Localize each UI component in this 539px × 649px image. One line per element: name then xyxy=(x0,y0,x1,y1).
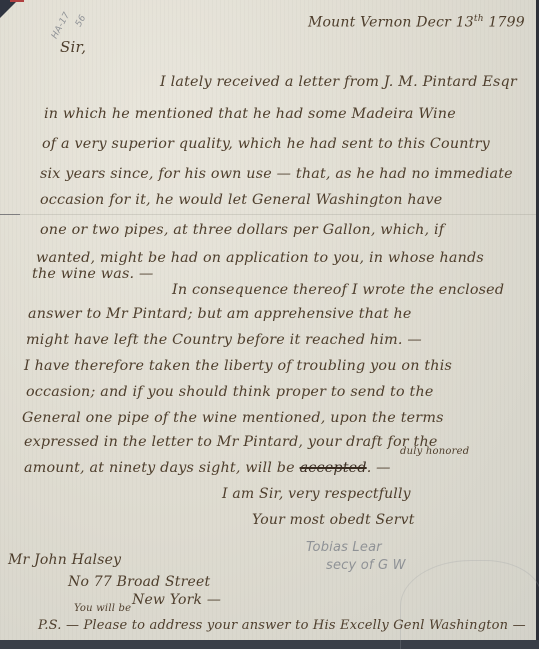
paper-watermark xyxy=(400,560,539,649)
body-line: I have therefore taken the liberty of tr… xyxy=(24,358,452,374)
line-end: . — xyxy=(367,460,391,476)
dateline-day-suffix: th xyxy=(474,14,484,24)
body-line: expressed in the letter to Mr Pintard, y… xyxy=(24,434,438,450)
postscript: P.S. — Please to address your answer to … xyxy=(38,618,526,633)
recipient-name: Mr John Halsey xyxy=(8,552,121,568)
body-line: might have left the Country before it re… xyxy=(26,332,422,348)
body-line: six years since, for his own use — that,… xyxy=(40,166,513,182)
interlined-correction: duly honored xyxy=(400,446,469,457)
pencil-annotation-role: secy of G W xyxy=(326,558,406,573)
body-line: the wine was. — xyxy=(32,266,153,282)
recipient-city: New York — xyxy=(132,592,221,608)
body-line: in which he mentioned that he had some M… xyxy=(44,106,456,122)
seal-trace xyxy=(10,0,24,2)
closing-subscription: Your most obedt Servt xyxy=(252,512,415,528)
pencil-annotation-name: Tobias Lear xyxy=(306,540,382,555)
dateline-year: 1799 xyxy=(488,15,524,31)
dateline-day: 13 xyxy=(456,15,474,31)
dateline: Mount Vernon Decr 13th 1799 xyxy=(308,14,525,31)
body-line: occasion; and if you should think proper… xyxy=(26,384,434,400)
dateline-place: Mount Vernon xyxy=(308,15,412,31)
salutation: Sir, xyxy=(60,38,86,56)
archive-mark: HA-17 xyxy=(50,11,72,41)
struck-word: accepted xyxy=(300,460,367,476)
body-line: one or two pipes, at three dollars per G… xyxy=(40,222,444,238)
body-line: wanted, might be had on application to y… xyxy=(36,250,484,266)
torn-corner xyxy=(0,0,18,18)
letter-page: HA-17 56 Mount Vernon Decr 13th 1799 Sir… xyxy=(0,0,539,640)
body-line: In consequence thereof I wrote the enclo… xyxy=(172,282,504,298)
fold-crease xyxy=(0,214,536,215)
body-line: of a very superior quality, which he had… xyxy=(42,136,490,152)
recipient-street: No 77 Broad Street xyxy=(68,574,210,590)
body-line: answer to Mr Pintard; but am apprehensiv… xyxy=(28,306,412,322)
body-line-text: amount, at ninety days sight, will be xyxy=(24,460,295,476)
body-line: I lately received a letter from J. M. Pi… xyxy=(160,74,517,90)
postscript-interline: You will be xyxy=(74,603,131,614)
dateline-month: Decr xyxy=(416,15,451,31)
body-line: occasion for it, he would let General Wa… xyxy=(40,192,442,208)
closing-line: I am Sir, very respectfully xyxy=(222,486,411,502)
body-line: amount, at ninety days sight, will be ac… xyxy=(24,460,391,476)
archive-number: 56 xyxy=(74,14,88,29)
body-line: General one pipe of the wine mentioned, … xyxy=(22,410,444,426)
